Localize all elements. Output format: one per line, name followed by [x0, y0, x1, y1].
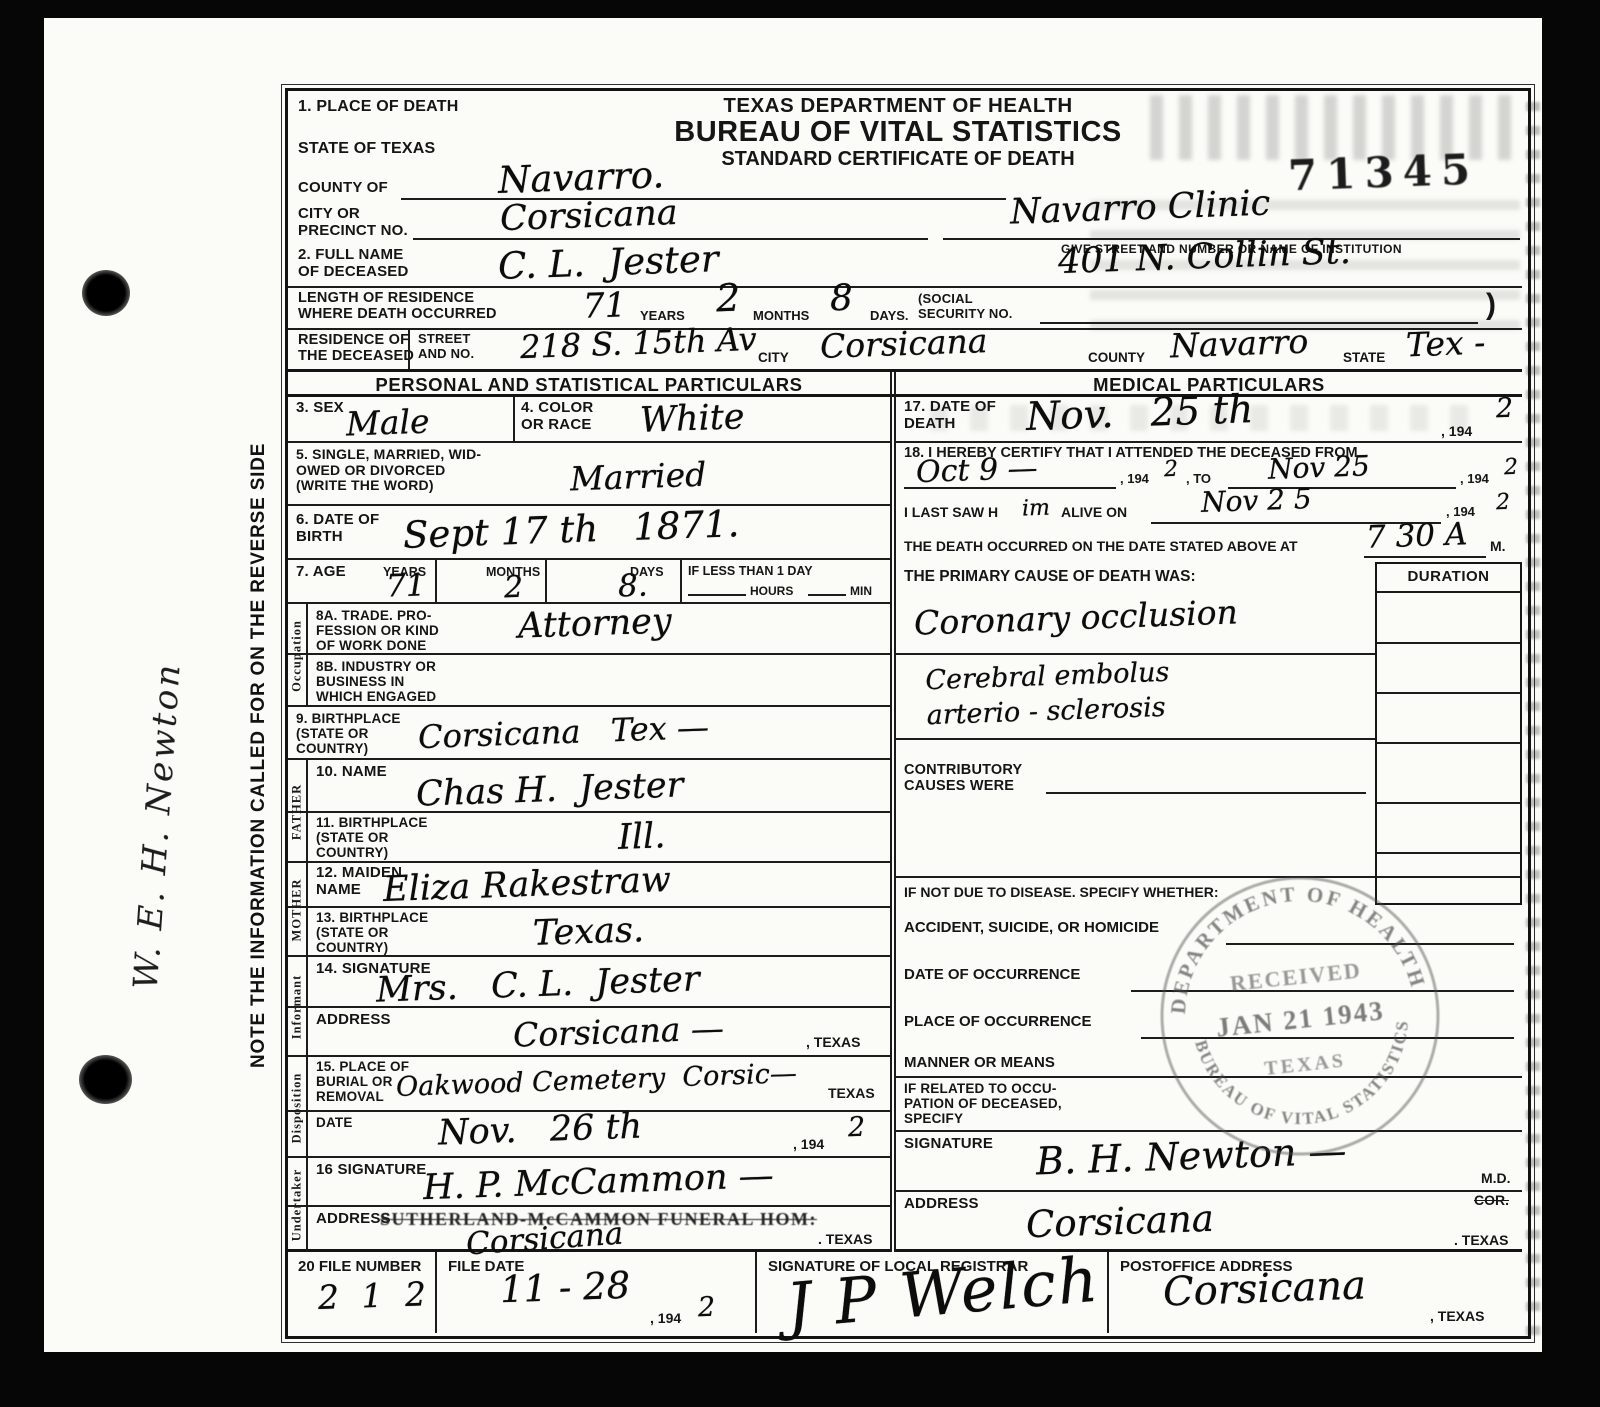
county-handwriting2: Navarro [1169, 322, 1309, 366]
state-label2: STATE [1343, 350, 1385, 365]
last-saw-fill-handwriting: im [1022, 496, 1051, 522]
city-handwriting2: Corsicana [819, 321, 988, 366]
state-handwriting2: Tex - [1405, 323, 1486, 365]
informant-address-state: , TEXAS [806, 1034, 860, 1050]
street-no-handwriting: 218 S. 15th Av [519, 320, 757, 366]
mother-birthplace-handwriting: Texas. [532, 910, 644, 954]
occupation-side-strip: Occupation [288, 604, 308, 707]
years-label: YEARS [640, 308, 685, 323]
maiden-name-row: 12. MAIDEN NAME Eliza Rakestraw [288, 863, 890, 908]
length-days-handwriting: 8 [829, 278, 853, 320]
county-line [401, 198, 1006, 200]
file-date-handwriting: 11 - 28 [499, 1264, 631, 1312]
city-label2: CITY [758, 350, 789, 365]
duration-label: DURATION [1377, 568, 1520, 585]
informant-address-handwriting: Corsicana — [512, 1008, 724, 1054]
informant-side-label: Informant [290, 975, 305, 1040]
cor-label: COR. [1474, 1192, 1509, 1208]
if-less-label: IF LESS THAN 1 DAY [688, 564, 813, 578]
contributory-line [1046, 792, 1366, 794]
burial-date-row: DATE Nov. 26 th , 194 2 [288, 1112, 890, 1158]
death-occurred-row: THE DEATH OCCURRED ON THE DATE STATED AB… [896, 528, 1522, 562]
birth-label: 6. DATE OF BIRTH [296, 512, 379, 546]
age-years-handwriting: 71 [385, 567, 426, 604]
mother-birthplace-row: 13. BIRTHPLACE (STATE OR COUNTRY) Texas. [288, 908, 890, 957]
received-stamp: DEPARTMENT OF HEALTH BUREAU OF VITAL STA… [1135, 851, 1465, 1181]
age-divider-2 [545, 560, 547, 602]
age-label: 7. AGE [296, 564, 346, 581]
min-line [808, 594, 846, 596]
undertaker-signature-handwriting: H. P. McCammon — [422, 1156, 774, 1208]
postoffice-handwriting: Corsicana [1162, 1262, 1366, 1315]
sex-color-divider [513, 397, 515, 441]
stamp-arc-top-text: DEPARTMENT OF HEALTH [1154, 869, 1432, 1018]
date-of-death-handwriting: Nov. 25 th [1025, 387, 1254, 440]
file-date-year-handwriting: 2 [697, 1292, 715, 1324]
postoffice-state: , TEXAS [1430, 1308, 1484, 1324]
informant-signature-row: 14. SIGNATURE Mrs. C. L. Jester [288, 957, 890, 1008]
age-row: 7. AGE YEARS 71 MONTHS 2 DAYS 8. IF LESS… [288, 560, 890, 604]
father-name-row: 10. NAME Chas H. Jester [288, 760, 890, 813]
duration-line [1377, 642, 1520, 644]
physician-address-handwriting: Corsicana [1025, 1197, 1214, 1247]
stamp-date-text: JAN 21 1943 [1215, 995, 1386, 1043]
burial-state: TEXAS [828, 1085, 875, 1101]
undertaker-signature-label: 16 SIGNATURE [316, 1162, 426, 1179]
informant-address-label: ADDRESS [316, 1012, 391, 1029]
duration-line [1377, 692, 1520, 694]
min-label: MIN [850, 584, 872, 598]
industry-row: 8B. INDUSTRY OR BUSINESS IN WHICH ENGAGE… [288, 655, 890, 707]
contributory-label: CONTRIBUTORY CAUSES WERE [904, 762, 1022, 794]
birthplace-handwriting: Corsicana Tex — [417, 708, 709, 756]
from-year-printed: , 194 [1120, 471, 1149, 486]
death-certificate-scan: NOTE THE INFORMATION CALLED FOR ON THE R… [0, 0, 1600, 1407]
file-row-divider-2 [755, 1252, 757, 1333]
color-handwriting: White [639, 397, 745, 441]
maiden-name-handwriting: Eliza Rakestraw [382, 860, 671, 910]
trade-label: 8A. TRADE. PRO- FESSION OR KIND OF WORK … [316, 608, 439, 653]
manner-label: MANNER OR MEANS [904, 1054, 1055, 1071]
place-of-death-label: 1. PLACE OF DEATH [298, 98, 458, 116]
file-date-year-printed: , 194 [650, 1310, 681, 1326]
file-row: 20 FILE NUMBER 2 1 2 FILE DATE 11 - 28 ,… [288, 1252, 1522, 1333]
undertaker-signature-row: 16 SIGNATURE H. P. McCammon — [288, 1158, 890, 1207]
title-bureau: BUREAU OF VITAL STATISTICS [588, 116, 1208, 149]
father-birthplace-label: 11. BIRTHPLACE (STATE OR COUNTRY) [316, 815, 428, 860]
reverse-side-note: NOTE THE INFORMATION CALLED FOR ON THE R… [248, 328, 270, 1068]
father-side-strip: FATHER [288, 760, 308, 863]
county-label2: COUNTY [1088, 350, 1145, 365]
file-row-divider-3 [1107, 1252, 1109, 1333]
file-row-divider-1 [435, 1252, 437, 1333]
burial-row: 15. PLACE OF BURIAL OR REMOVAL Oakwood C… [288, 1057, 890, 1112]
months-label: MONTHS [753, 308, 809, 323]
duration-line [1377, 591, 1520, 593]
punch-hole-top [82, 270, 130, 316]
full-name-label: 2. FULL NAME OF DECEASED [298, 247, 409, 281]
ssn-label: (SOCIAL SECURITY NO. [918, 292, 1013, 321]
occurred-time-handwriting: 7 30 A [1365, 516, 1467, 556]
cause1-handwriting: Coronary occlusion [913, 592, 1238, 642]
father-birthplace-row: 11. BIRTHPLACE (STATE OR COUNTRY) Ill. [288, 813, 890, 863]
stamp-texas-text: TEXAS [1263, 1050, 1347, 1080]
father-birthplace-handwriting: Ill. [617, 816, 666, 858]
trade-row: 8A. TRADE. PRO- FESSION OR KIND OF WORK … [288, 604, 890, 655]
occurred-m-label: M. [1490, 538, 1506, 554]
attended-from-handwriting: Oct 9 — [915, 451, 1038, 490]
header-block: 1. PLACE OF DEATH STATE OF TEXAS TEXAS D… [288, 88, 1522, 245]
date-of-death-label: 17. DATE OF DEATH [904, 399, 996, 433]
mother-side-label: MOTHER [290, 879, 305, 942]
last-saw-year-handwriting: 2 [1496, 490, 1511, 515]
to-year-handwriting: 2 [1504, 455, 1519, 480]
institution-value-handwriting: Navarro Clinic [1009, 183, 1271, 232]
father-name-label: 10. NAME [316, 764, 387, 781]
physician-address-row: ADDRESS Corsicana COR. . TEXAS [896, 1192, 1522, 1252]
burial-handwriting: Oakwood Cemetery Corsic— [396, 1058, 798, 1103]
state-of-texas-label: STATE OF TEXAS [298, 140, 435, 158]
attended-to-handwriting: Nov 25 [1267, 449, 1370, 486]
disposition-side-strip: Disposition [288, 1057, 308, 1158]
punch-hole-bottom [79, 1055, 132, 1104]
related-occupation-label: IF RELATED TO OCCU- PATION OF DECEASED, … [904, 1081, 1062, 1126]
duration-line [1377, 742, 1520, 744]
street-no-label: STREET AND NO. [418, 332, 474, 361]
title-department: TEXAS DEPARTMENT OF HEALTH [588, 94, 1208, 118]
marital-row: 5. SINGLE, MARRIED, WID- OWED OR DIVORCE… [288, 443, 890, 506]
trade-handwriting: Attorney [517, 601, 672, 646]
duration-line [1377, 802, 1520, 804]
primary-cause-label: THE PRIMARY CAUSE OF DEATH WAS: [904, 568, 1196, 586]
alive-on-label: ALIVE ON [1061, 504, 1127, 520]
to-label: , TO [1186, 471, 1211, 486]
full-name-row: 2. FULL NAME OF DECEASED C. L. Jester 40… [288, 245, 1522, 288]
last-saw-label: I LAST SAW H [904, 504, 998, 520]
color-label: 4. COLOR OR RACE [521, 400, 593, 434]
burial-date-year-printed: , 194 [793, 1136, 824, 1152]
title-certificate: STANDARD CERTIFICATE OF DEATH [588, 148, 1208, 171]
length-label: LENGTH OF RESIDENCE WHERE DEATH OCCURRED [298, 290, 497, 322]
burial-date-year-handwriting: 2 [847, 1112, 865, 1144]
age-divider-3 [680, 560, 682, 602]
md-label: M.D. [1481, 1170, 1511, 1186]
industry-label: 8B. INDUSTRY OR BUSINESS IN WHICH ENGAGE… [316, 659, 436, 704]
days-label: DAYS. [870, 308, 909, 323]
dod-year-printed: , 194 [1441, 423, 1472, 439]
residence-label: RESIDENCE OF THE DECEASED [298, 332, 414, 364]
physician-address-label: ADDRESS [904, 1196, 979, 1213]
svg-text:DEPARTMENT OF HEALTH: DEPARTMENT OF HEALTH [1154, 869, 1432, 1018]
undertaker-side-label: Undertaker [290, 1169, 305, 1242]
from-year-handwriting: 2 [1164, 457, 1179, 482]
disposition-side-label: Disposition [290, 1072, 305, 1143]
date-of-birth-row: 6. DATE OF BIRTH Sept 17 th 1871. [288, 506, 890, 560]
birthplace-row: 9. BIRTHPLACE (STATE OR COUNTRY) Corsica… [288, 707, 890, 760]
marital-label: 5. SINGLE, MARRIED, WID- OWED OR DIVORCE… [296, 447, 481, 494]
birth-handwriting: Sept 17 th 1871. [402, 502, 740, 557]
cause1-row: Coronary occlusion [896, 590, 1375, 655]
undertaker-address-row: ADDRESS SUTHERLAND-McCAMMON FUNERAL HOM:… [288, 1207, 890, 1252]
hours-line [688, 594, 746, 596]
to-year-printed: , 194 [1460, 471, 1489, 486]
city-value-handwriting: Corsicana [499, 193, 678, 239]
age-days-handwriting: 8. [617, 567, 648, 604]
occurred-label: THE DEATH OCCURRED ON THE DATE STATED AB… [904, 538, 1298, 554]
dod-year-handwriting: 2 [1495, 393, 1513, 425]
duration-line [1377, 852, 1520, 854]
occurred-time-line [1364, 556, 1486, 558]
sex-label: 3. SEX [296, 400, 344, 417]
informant-address-row: ADDRESS Corsicana — , TEXAS [288, 1008, 890, 1057]
physician-signature-label: SIGNATURE [904, 1136, 993, 1153]
father-side-label: FATHER [290, 783, 305, 839]
physician-address-state: . TEXAS [1454, 1232, 1508, 1248]
birthplace-label: 9. BIRTHPLACE (STATE OR COUNTRY) [296, 711, 401, 756]
personal-section-title: PERSONAL AND STATISTICAL PARTICULARS [288, 374, 890, 396]
accident-label: ACCIDENT, SUICIDE, OR HOMICIDE [904, 919, 1159, 936]
undertaker-side-strip: Undertaker [288, 1158, 308, 1252]
father-name-handwriting: Chas H. Jester [415, 765, 684, 814]
sex-handwriting: Male [345, 402, 430, 444]
cause2-row: Cerebral embolus arterio - sclerosis [896, 655, 1375, 740]
duration-box: DURATION [1375, 562, 1522, 905]
section-band: PERSONAL AND STATISTICAL PARTICULARS MED… [288, 372, 1522, 397]
date-occurrence-label: DATE OF OCCURRENCE [904, 966, 1080, 983]
certificate-number: 71345 [1287, 145, 1480, 201]
burial-date-handwriting: Nov. 26 th [437, 1106, 642, 1153]
ssn-paren-close: ) [1486, 288, 1496, 322]
mother-birthplace-label: 13. BIRTHPLACE (STATE OR COUNTRY) [316, 910, 428, 955]
age-months-handwriting: 2 [503, 570, 523, 606]
city-precinct-label: CITY OR PRECINCT NO. [298, 206, 408, 240]
informant-side-strip: Informant [288, 957, 308, 1057]
occupation-side-label: Occupation [290, 620, 305, 692]
file-number-handwriting: 2 1 2 [317, 1274, 432, 1317]
length-months-handwriting: 2 [715, 276, 741, 321]
sex-color-row: 3. SEX 4. COLOR OR RACE Male White [288, 397, 890, 443]
undertaker-address-state: . TEXAS [818, 1231, 872, 1247]
last-saw-handwriting: Nov 2 5 [1200, 482, 1312, 519]
age-divider-1 [435, 560, 437, 602]
full-name-handwriting: C. L. Jester [497, 237, 719, 288]
stamp-received-text: RECEIVED [1229, 957, 1363, 996]
marital-handwriting: Married [569, 455, 707, 499]
file-number-label: 20 FILE NUMBER [298, 1258, 421, 1275]
length-years-handwriting: 71 [582, 285, 627, 326]
hours-label: HOURS [750, 584, 793, 598]
residence-row: RESIDENCE OF THE DECEASED STREET AND NO.… [288, 330, 1522, 372]
contributory-row: CONTRIBUTORY CAUSES WERE [896, 740, 1375, 800]
date-of-death-row: 17. DATE OF DEATH Nov. 25 th , 194 2 [896, 397, 1522, 443]
mother-side-strip: MOTHER [288, 863, 308, 957]
county-of-label: COUNTY OF [298, 180, 388, 197]
place-occurrence-label: PLACE OF OCCURRENCE [904, 1013, 1092, 1030]
residence-divider [408, 330, 410, 369]
burial-date-label: DATE [316, 1115, 353, 1130]
cause2-handwriting: Cerebral embolus arterio - sclerosis [925, 655, 1171, 734]
